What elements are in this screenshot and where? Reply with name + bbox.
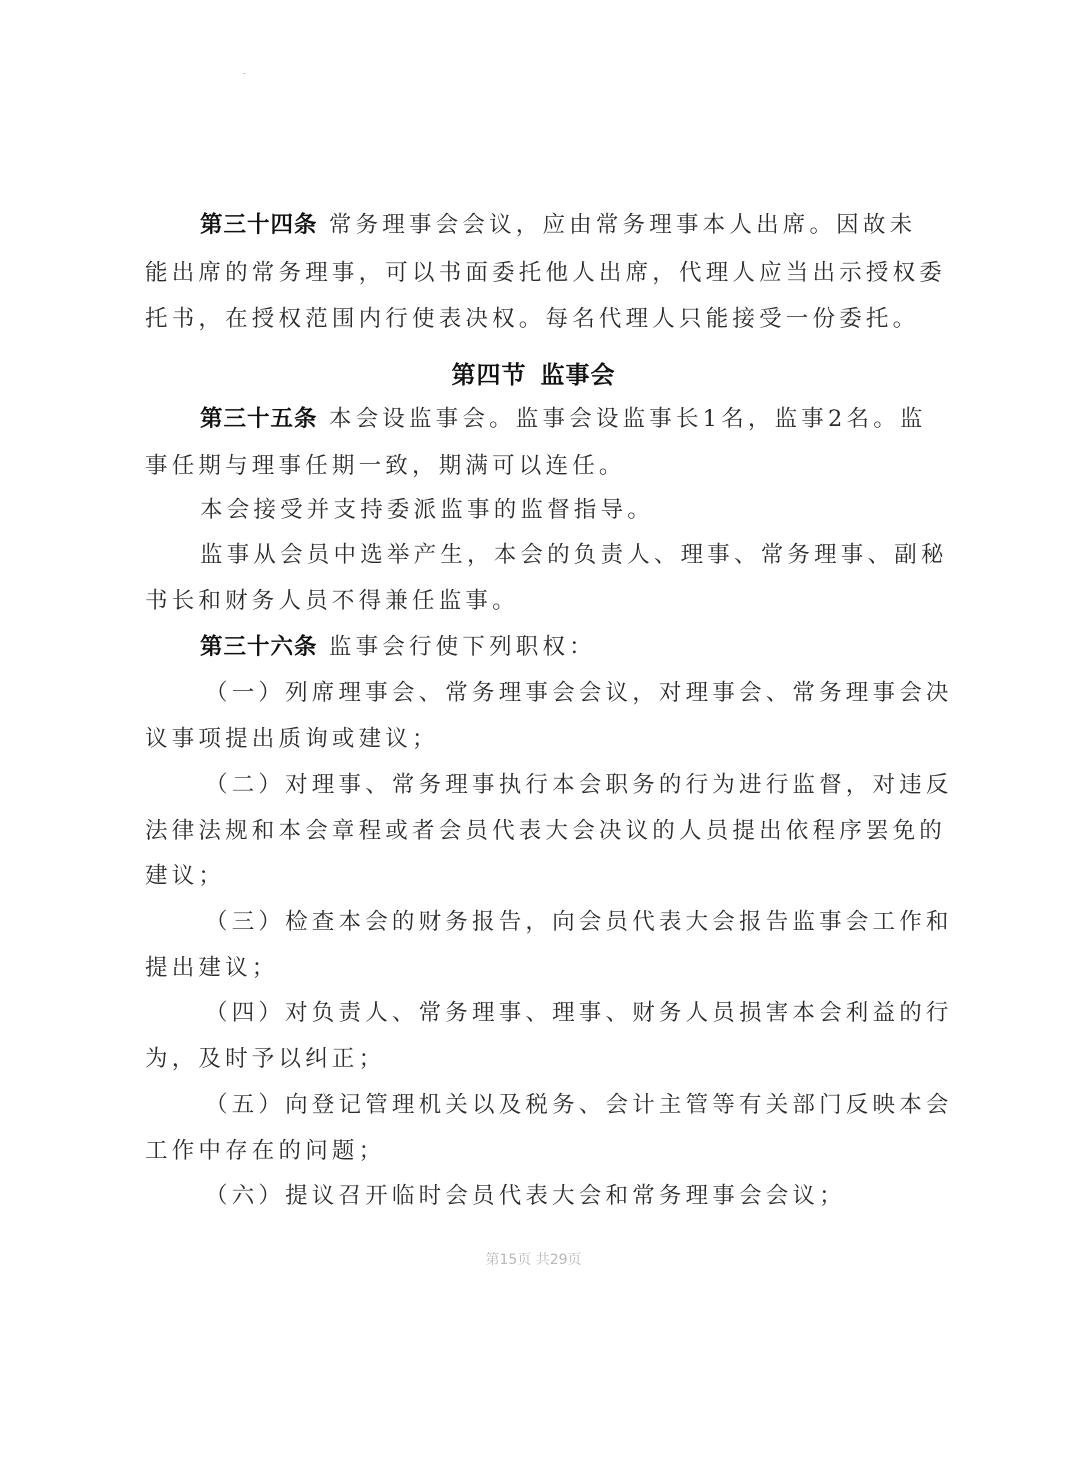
page-indicator: 第15页 共29页 <box>0 1249 1067 1269</box>
article-36-intro: 监事会行使下列职权： <box>329 634 596 660</box>
article-35-paragraph-3-line-2: 书长和财务人员不得兼任监事。 <box>145 586 519 616</box>
article-36-item-2-line-2: 法律法规和本会章程或者会员代表大会决议的人员提出依程序罢免的 <box>145 816 946 846</box>
article-36-item-4-line-1: （四）对负责人、常务理事、理事、财务人员损害本会利益的行 <box>205 998 953 1028</box>
article-36-item-1-line-2: 议事项提出质询或建议； <box>145 724 439 754</box>
article-36-item-4-line-2: 为，及时予以纠正； <box>145 1044 385 1074</box>
article-35-text: 本会设监事会。监事会设监事长1名，监事2名。监 <box>329 406 927 432</box>
section-label: 第四节 <box>452 361 527 389</box>
article-35-label: 第三十五条 <box>200 406 318 432</box>
article-36-item-3-line-2: 提出建议； <box>145 953 279 983</box>
article-34-text: 常务理事会会议，应由常务理事本人出席。因故未 <box>329 212 916 238</box>
article-34-line-3: 托书，在授权范围内行使表决权。每名代理人只能接受一份委托。 <box>145 304 919 334</box>
article-35-paragraph-2: 本会接受并支持委派监事的监督指导。 <box>200 495 654 525</box>
article-36-line-1: 第三十六条 监事会行使下列职权： <box>200 632 596 662</box>
document-page: 第三十四条 常务理事会会议，应由常务理事本人出席。因故未 能出席的常务理事，可以… <box>0 0 1067 1476</box>
article-35-line-1: 第三十五条 本会设监事会。监事会设监事长1名，监事2名。监 <box>200 404 927 434</box>
article-36-item-5-line-1: （五）向登记管理机关以及税务、会计主管等有关部门反映本会 <box>205 1090 953 1120</box>
scan-artifact <box>243 73 246 74</box>
article-34-line-2: 能出席的常务理事，可以书面委托他人出席，代理人应当出示授权委 <box>145 258 946 288</box>
article-34-line-1: 第三十四条 常务理事会会议，应由常务理事本人出席。因故未 <box>200 210 916 240</box>
article-35-paragraph-3-line-1: 监事从会员中选举产生，本会的负责人、理事、常务理事、副秘 <box>200 540 948 570</box>
article-36-item-2-line-1: （二）对理事、常务理事执行本会职务的行为进行监督，对违反 <box>205 770 953 800</box>
article-35-line-2: 事任期与理事任期一致，期满可以连任。 <box>145 451 626 481</box>
article-36-item-5-line-2: 工作中存在的问题； <box>145 1136 385 1166</box>
article-34-label: 第三十四条 <box>200 212 318 238</box>
article-36-label: 第三十六条 <box>200 634 318 660</box>
article-36-item-1-line-1: （一）列席理事会、常务理事会会议，对理事会、常务理事会决 <box>205 678 953 708</box>
section-heading: 第四节监事会 <box>0 360 1067 390</box>
section-title: 监事会 <box>541 361 616 389</box>
article-36-item-2-line-3: 建议； <box>145 861 225 891</box>
article-36-item-6-line-1: （六）提议召开临时会员代表大会和常务理事会会议； <box>205 1181 846 1211</box>
article-36-item-3-line-1: （三）检查本会的财务报告，向会员代表大会报告监事会工作和 <box>205 907 953 937</box>
